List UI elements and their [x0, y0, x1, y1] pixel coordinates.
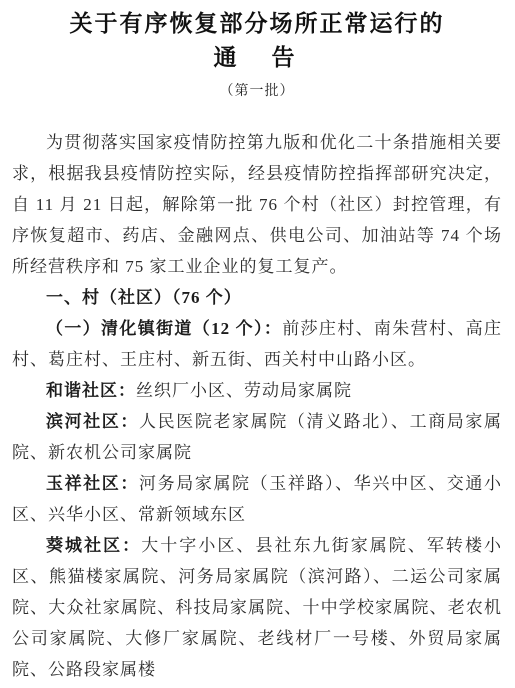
notice-title-line1: 关于有序恢复部分场所正常运行的: [12, 6, 502, 40]
entry-yuxiang-label: 玉祥社区：: [46, 474, 139, 493]
entry-hexie-community: 和谐社区：丝织厂小区、劳动局家属院: [12, 375, 502, 406]
entry-kuicheng-text: 大十字小区、县社东九街家属院、军转楼小区、熊猫楼家属院、河务局家属院（滨河路）、…: [12, 536, 502, 679]
entry-kuicheng-label: 葵城社区：: [46, 536, 141, 555]
section-heading-villages: 一、村（社区）（76 个）: [12, 282, 502, 313]
entry-hexie-label: 和谐社区：: [46, 381, 136, 400]
intro-paragraph: 为贯彻落实国家疫情防控第九版和优化二十条措施相关要求，根据我县疫情防控实际，经县…: [12, 127, 502, 282]
entry-hexie-text: 丝织厂小区、劳动局家属院: [136, 381, 352, 400]
notice-subtitle: （第一批）: [12, 81, 502, 103]
entry-binhe-label: 滨河社区：: [46, 412, 139, 431]
notice-page: 关于有序恢复部分场所正常运行的 通 告 （第一批） 为贯彻落实国家疫情防控第九版…: [0, 0, 515, 688]
entry-yuxiang-community: 玉祥社区：河务局家属院（玉祥路）、华兴中区、交通小区、兴华小区、常新领域东区: [12, 468, 502, 530]
notice-body: 为贯彻落实国家疫情防控第九版和优化二十条措施相关要求，根据我县疫情防控实际，经县…: [12, 127, 502, 685]
entry-binhe-community: 滨河社区：人民医院老家属院（清义路北）、工商局家属院、新农机公司家属院: [12, 406, 502, 468]
entry-qinghua-label: （一）清化镇街道（12 个）：: [46, 319, 282, 338]
notice-title-line2: 通 告: [12, 40, 502, 74]
entry-qinghua-street: （一）清化镇街道（12 个）：前莎庄村、南朱营村、高庄村、葛庄村、王庄村、新五街…: [12, 313, 502, 375]
entry-kuicheng-community: 葵城社区：大十字小区、县社东九街家属院、军转楼小区、熊猫楼家属院、河务局家属院（…: [12, 530, 502, 685]
